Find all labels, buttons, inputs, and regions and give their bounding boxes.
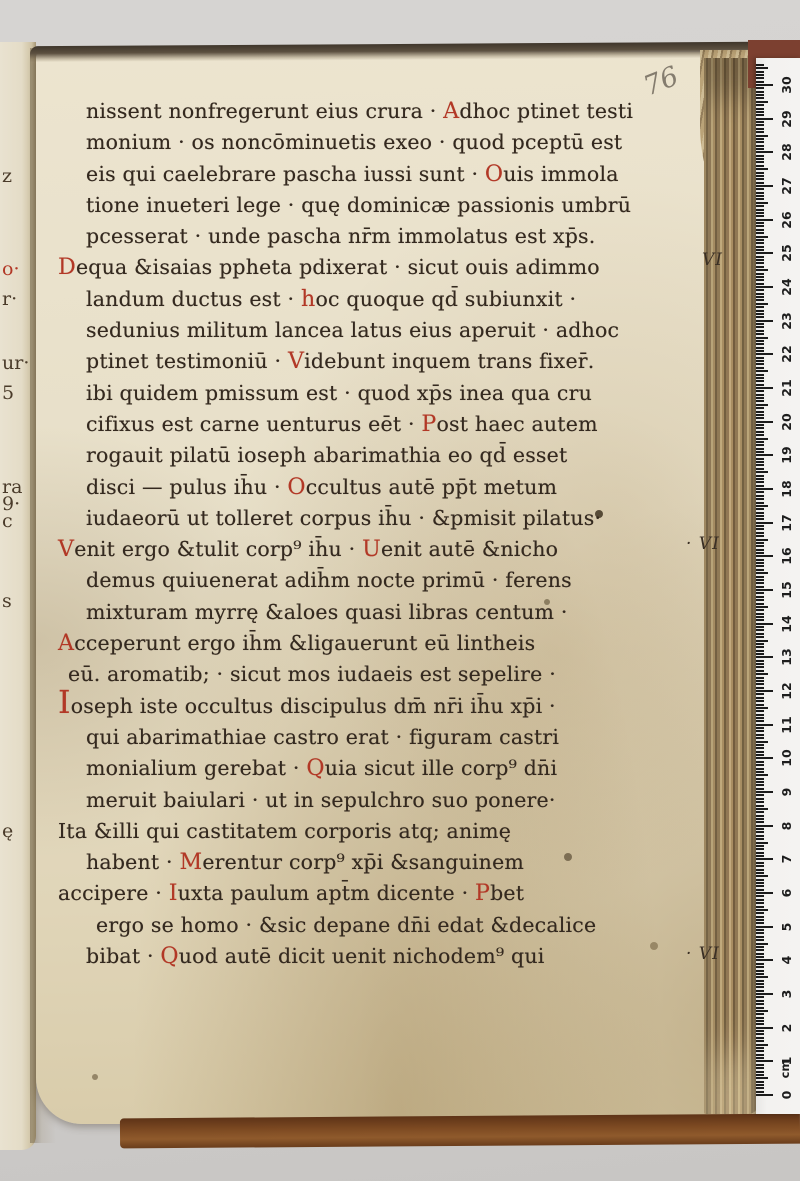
ruler-tick: [756, 508, 764, 510]
ruler-tick: [756, 427, 764, 429]
ruler-tick: [756, 188, 764, 190]
ruler-tick: [756, 724, 773, 726]
ruler-tick: [756, 929, 764, 931]
ruler-number: 2: [780, 1013, 794, 1043]
ruler-tick: [756, 1040, 764, 1042]
ruler-tick: [756, 831, 764, 833]
ruler-tick: [756, 141, 764, 143]
ruler-tick: [756, 784, 764, 786]
rubric-initial: Q: [160, 943, 178, 969]
text-segment: tione inueteri lege · quę dominicæ passi…: [86, 193, 631, 217]
text-segment: habent ·: [86, 850, 179, 874]
ruler-tick: [756, 185, 773, 187]
ruler-tick: [756, 195, 764, 197]
ruler-tick: [756, 646, 764, 648]
text-segment: idebunt inquem trans fixer̄.: [304, 349, 594, 373]
ruler-tick: [756, 690, 773, 692]
ruler-tick: [756, 855, 764, 857]
ruler-tick: [756, 616, 764, 618]
ruler-tick: [756, 273, 764, 275]
ruler-tick: [756, 94, 764, 96]
ruler-tick: [756, 262, 764, 264]
ruler-tick: [756, 283, 764, 285]
ruler-tick: [756, 586, 764, 588]
ruler-tick: [756, 293, 764, 295]
ruler-tick: [756, 798, 764, 800]
text-segment: meruit baiulari · ut in sepulchro suo po…: [86, 788, 556, 812]
text-segment: qui abarimathiae castro erat · figuram c…: [86, 725, 559, 749]
ruler-tick: [756, 801, 764, 803]
ruler-tick: [756, 121, 764, 123]
ruler-tick: [756, 909, 768, 911]
ruler-tick: [756, 693, 764, 695]
ruler-tick: [756, 397, 764, 399]
text-line: bibat · Quod autē dicit uenit nichodem⁹ …: [86, 941, 760, 972]
ruler-tick: [756, 104, 764, 106]
ruler-tick: [756, 1010, 768, 1012]
ruler-tick: [756, 808, 768, 810]
ruler-tick: [756, 707, 768, 709]
text-segment: eū. aromatib; · sicut mos iudaeis est se…: [68, 662, 556, 686]
margin-note: VI: [702, 250, 723, 270]
ruler-tick: [756, 677, 764, 679]
ruler-tick: [756, 357, 764, 359]
ruler-tick: [756, 320, 773, 322]
ruler-tick: [756, 118, 773, 120]
ruler-tick: [756, 131, 764, 133]
ruler-tick: [756, 481, 764, 483]
ruler-tick: [756, 562, 764, 564]
text-segment: rogauit pilatū ioseph abarimathia eo qd̄…: [86, 443, 567, 467]
ruler-tick: [756, 717, 764, 719]
ruler-tick: [756, 589, 773, 591]
text-segment: demus quiuenerat adih̄m nocte primū · fe…: [86, 568, 572, 592]
ruler-tick: [756, 269, 768, 271]
ruler-number: 6: [780, 878, 794, 908]
ruler-tick: [756, 161, 764, 163]
ruler-tick: [756, 471, 768, 473]
ruler-tick: [756, 414, 764, 416]
ruler-tick: [756, 599, 764, 601]
rubric-initial: M: [179, 849, 202, 875]
ruler-tick: [756, 353, 773, 355]
text-line: Venit ergo &tulit corp⁹ ih̄u · Uenit aut…: [58, 534, 760, 565]
rubric-initial: O: [287, 474, 305, 500]
ruler-number: 8: [780, 811, 794, 841]
ruler-tick: [756, 411, 764, 413]
ruler-tick: [756, 1081, 764, 1083]
ruler-tick: [756, 330, 764, 332]
ruler-tick: [756, 350, 764, 352]
ruler-tick: [756, 303, 768, 305]
ruler-tick: [756, 417, 764, 419]
edge-text-fragment: 5: [2, 382, 14, 404]
ruler-tick: [756, 704, 764, 706]
edge-text-fragment: s: [2, 590, 12, 612]
ruler-tick: [756, 1017, 764, 1019]
ruler-tick: [756, 256, 764, 258]
text-line: qui abarimathiae castro erat · figuram c…: [86, 722, 760, 753]
ruler-number: 4: [780, 945, 794, 975]
ruler-tick: [756, 276, 764, 278]
ruler-tick: [756, 1074, 764, 1076]
ruler-tick: [756, 976, 768, 978]
ruler-tick: [756, 232, 764, 234]
ruler-tick: [756, 650, 764, 652]
rubric-initial: V: [288, 348, 304, 374]
ruler-tick: [756, 205, 764, 207]
ruler-tick: [756, 340, 764, 342]
ruler-number: 23: [780, 306, 794, 336]
ruler-tick: [756, 175, 764, 177]
ruler-tick: [756, 212, 764, 214]
ruler-tick: [756, 626, 764, 628]
ruler-tick: [756, 1087, 764, 1089]
rubric-initial: P: [421, 411, 436, 437]
ruler-number: 21: [780, 373, 794, 403]
ruler-tick: [756, 579, 764, 581]
ruler-tick: [756, 1064, 764, 1066]
ruler-tick: [756, 939, 764, 941]
text-line: monium · os noncōminuetis exeo · quod pc…: [86, 127, 760, 158]
text-segment: ibi quidem pmissum est · quod xp̄s inea …: [86, 381, 592, 405]
ruler-tick: [756, 390, 764, 392]
ruler-tick: [756, 643, 764, 645]
ruler-tick: [756, 821, 764, 823]
text-line: Ioseph iste occultus discipulus dm̄ nr̄i…: [58, 691, 760, 722]
ruler-tick: [756, 239, 764, 241]
text-segment: accipere ·: [58, 881, 169, 905]
ruler-tick: [756, 394, 764, 396]
ruler-tick: [756, 946, 764, 948]
ruler-number: 9: [780, 777, 794, 807]
text-segment: ptinet testimoniū ·: [86, 349, 288, 373]
ruler-tick: [756, 549, 764, 551]
ruler-tick: [756, 219, 773, 221]
ruler-number: 10: [780, 743, 794, 773]
text-segment: oc quoque qd̄ subiunxit ·: [315, 287, 576, 311]
binding-leather-bottom: [120, 1114, 800, 1149]
ruler-tick: [756, 532, 764, 534]
ruler-tick: [756, 323, 764, 325]
ruler-tick: [756, 363, 764, 365]
ruler-tick: [756, 67, 768, 69]
ruler-tick: [756, 700, 764, 702]
rubric-initial: I: [169, 880, 178, 906]
ruler-tick: [756, 1007, 764, 1009]
ruler-tick: [756, 744, 764, 746]
ruler-tick: [756, 980, 764, 982]
ruler-tick: [756, 596, 764, 598]
ruler-tick: [756, 842, 768, 844]
ruler-tick: [756, 215, 764, 217]
ruler-tick: [756, 168, 768, 170]
ruler-tick: [756, 959, 773, 961]
ruler-tick: [756, 943, 768, 945]
text-line: rogauit pilatū ioseph abarimathia eo qd̄…: [86, 440, 760, 471]
text-segment: monialium gerebat ·: [86, 756, 306, 780]
ruler-tick: [756, 229, 764, 231]
ruler-tick: [756, 380, 764, 382]
margin-note: · VI: [686, 944, 720, 964]
ruler-tick: [756, 751, 764, 753]
ruler-tick: [756, 178, 764, 180]
text-segment: uxta paulum apt̄m dicente ·: [178, 881, 475, 905]
ruler-tick: [756, 926, 773, 928]
ruler-tick: [756, 565, 764, 567]
text-segment: mixturam myrrę &aloes quasi libras centu…: [86, 600, 568, 624]
ruler-number: 17: [780, 508, 794, 538]
ruler-tick: [756, 623, 773, 625]
ruler-tick: [756, 990, 764, 992]
ruler-tick: [756, 687, 764, 689]
ruler-tick: [756, 1027, 773, 1029]
ruler-tick: [756, 87, 764, 89]
text-line: cifixus est carne uenturus eēt · Post ha…: [86, 409, 760, 440]
ruler-tick: [756, 714, 764, 716]
ruler-tick: [756, 970, 764, 972]
ruler-tick: [756, 316, 764, 318]
ruler-tick: [756, 64, 764, 66]
ruler-tick: [756, 518, 764, 520]
ruler-tick: [756, 444, 764, 446]
ruler-tick: [756, 468, 764, 470]
ruler-number: 0: [780, 1080, 794, 1110]
ruler-tick: [756, 370, 768, 372]
ruler-tick: [756, 404, 768, 406]
ruler-tick: [756, 535, 764, 537]
ruler-tick: [756, 865, 764, 867]
ruler-tick: [756, 683, 764, 685]
text-segment: oseph iste occultus discipulus dm̄ nr̄i …: [71, 694, 556, 718]
ruler-tick: [756, 488, 773, 490]
ruler-tick: [756, 737, 764, 739]
text-line: mixturam myrrę &aloes quasi libras centu…: [86, 597, 760, 628]
ruler-tick: [756, 337, 768, 339]
ruler-tick: [756, 108, 764, 110]
ruler-tick: [756, 333, 764, 335]
text-segment: pcesserat · unde pascha nr̄m immolatus e…: [86, 224, 596, 248]
edge-text-fragment: c: [2, 510, 13, 532]
ruler-tick: [756, 71, 764, 73]
text-line: ibi quidem pmissum est · quod xp̄s inea …: [86, 378, 760, 409]
ruler-number: 28: [780, 137, 794, 167]
ruler-tick: [756, 279, 764, 281]
ruler-tick: [756, 259, 764, 261]
ruler-tick: [756, 495, 764, 497]
ruler-tick: [756, 932, 764, 934]
ruler-tick: [756, 899, 764, 901]
text-segment: iudaeorū ut tolleret corpus ih̄u · &pmis…: [86, 506, 601, 530]
ruler-tick: [756, 407, 764, 409]
ruler-tick: [756, 670, 764, 672]
ruler-tick: [756, 781, 764, 783]
ruler-tick: [756, 77, 764, 79]
ruler-tick: [756, 673, 768, 675]
ruler-tick: [756, 475, 764, 477]
text-line: sedunius militum lancea latus eius aperu…: [86, 315, 760, 346]
ruler-tick: [756, 555, 773, 557]
ruler-tick: [756, 656, 773, 658]
ruler-tick: [756, 424, 764, 426]
ruler-tick: [756, 966, 764, 968]
text-segment: erentur corp⁹ xp̄i &sanguinem: [202, 850, 524, 874]
ruler-tick: [756, 148, 764, 150]
ruler-tick: [756, 296, 764, 298]
ruler-tick: [756, 1071, 764, 1073]
ruler-tick: [756, 764, 764, 766]
ruler-tick: [756, 225, 764, 227]
ruler-tick: [756, 1057, 764, 1059]
ruler-number: 3: [780, 979, 794, 1009]
text-line: ptinet testimoniū · Videbunt inquem tran…: [86, 346, 760, 377]
ruler-tick: [756, 633, 764, 635]
ruler-number: 30: [780, 70, 794, 100]
ruler-tick: [756, 963, 764, 965]
ruler-tick: [756, 347, 764, 349]
ruler-tick: [756, 491, 764, 493]
ruler-tick: [756, 697, 764, 699]
ruler-tick: [756, 660, 764, 662]
ruler-tick: [756, 91, 764, 93]
ruler-tick: [756, 458, 764, 460]
ruler-tick: [756, 542, 764, 544]
text-segment: ost haec autem: [437, 412, 598, 436]
ruler-tick: [756, 1033, 764, 1035]
ruler-tick: [756, 936, 764, 938]
ruler-tick: [756, 1077, 768, 1079]
rubric-initial: D: [58, 254, 76, 280]
ruler-tick: [756, 747, 764, 749]
ruler-tick: [756, 1020, 764, 1022]
ruler-tick: [756, 421, 773, 423]
text-segment: disci — pulus ih̄u ·: [86, 475, 287, 499]
ruler-tick: [756, 266, 764, 268]
text-segment: nissent nonfregerunt eius crura ·: [86, 99, 443, 123]
ruler-tick: [756, 464, 764, 466]
ruler-tick: [756, 552, 764, 554]
ruler-tick: [756, 1050, 764, 1052]
ruler-tick: [756, 242, 764, 244]
ruler-tick: [756, 794, 764, 796]
ruler-tick: [756, 791, 773, 793]
ruler-tick: [756, 592, 764, 594]
manuscript-photo: 76 nissent nonfregerunt eius crura · Adh…: [0, 0, 800, 1181]
rubric-initial: A: [58, 630, 74, 656]
ruler-tick: [756, 993, 773, 995]
ruler-tick: [756, 374, 764, 376]
ruler-tick: [756, 400, 764, 402]
measuring-ruler: 3029282726252423222120191817161514131211…: [756, 58, 800, 1114]
ruler-tick: [756, 222, 764, 224]
ruler-tick: [756, 761, 764, 763]
ruler-tick: [756, 478, 764, 480]
ruler-tick: [756, 306, 764, 308]
ruler-tick: [756, 1060, 773, 1062]
ruler-tick: [756, 505, 768, 507]
text-segment: sedunius militum lancea latus eius aperu…: [86, 318, 619, 342]
ruler-tick: [756, 845, 764, 847]
ruler-tick: [756, 606, 768, 608]
ruler-tick: [756, 1023, 764, 1025]
ruler-tick: [756, 680, 764, 682]
ruler-tick: [756, 953, 764, 955]
text-line: pcesserat · unde pascha nr̄m immolatus e…: [86, 221, 760, 252]
ruler-tick: [756, 1030, 764, 1032]
ruler-number: 14: [780, 609, 794, 639]
ruler-tick: [756, 515, 764, 517]
ruler-tick: [756, 895, 764, 897]
ruler-tick: [756, 155, 764, 157]
ruler-tick: [756, 236, 768, 238]
ruler-tick: [756, 1094, 773, 1096]
ruler-number: 13: [780, 642, 794, 672]
ruler-tick: [756, 825, 773, 827]
text-segment: equa &isaias ppheta pdixerat · sicut oui…: [76, 255, 600, 279]
ruler-number: 26: [780, 205, 794, 235]
text-line: landum ductus est · hoc quoque qd̄ subiu…: [86, 284, 760, 315]
text-segment: uod autē dicit uenit nichodem⁹ qui: [179, 944, 545, 968]
ruler-tick: [756, 619, 764, 621]
rubric-initial: P: [475, 880, 490, 906]
ruler-tick: [756, 1084, 764, 1086]
ruler-tick: [756, 522, 773, 524]
ruler-tick: [756, 209, 764, 211]
ruler-tick: [756, 512, 764, 514]
text-line: accipere · Iuxta paulum apt̄m dicente · …: [58, 878, 760, 909]
ruler-tick: [756, 1067, 764, 1069]
ruler-tick: [756, 461, 764, 463]
ruler-tick: [756, 1054, 764, 1056]
ruler-tick: [756, 629, 764, 631]
rubric-initial: U: [362, 536, 381, 562]
ruler-tick: [756, 788, 764, 790]
ruler-tick: [756, 879, 764, 881]
ruler-number: 5: [780, 912, 794, 942]
ruler-tick: [756, 892, 773, 894]
ruler-tick: [756, 485, 764, 487]
ruler-tick: [756, 805, 764, 807]
ruler-tick: [756, 828, 764, 830]
ruler-tick: [756, 441, 764, 443]
ruler-number: 18: [780, 474, 794, 504]
text-line: demus quiuenerat adih̄m nocte primū · fe…: [86, 565, 760, 596]
ruler-number: 20: [780, 407, 794, 437]
ruler-unit-label: cm: [778, 1054, 792, 1084]
ruler-tick: [756, 192, 764, 194]
ruler-tick: [756, 710, 764, 712]
text-segment: landum ductus est ·: [86, 287, 301, 311]
ruler-tick: [756, 1091, 764, 1093]
text-segment: ccultus autē pp̄t metum: [306, 475, 557, 499]
ruler-tick: [756, 172, 764, 174]
ruler-tick: [756, 1003, 764, 1005]
ruler-tick: [756, 996, 764, 998]
rubric-initial: V: [58, 536, 74, 562]
ruler-tick: [756, 182, 764, 184]
ruler-tick: [756, 653, 764, 655]
text-line: habent · Merentur corp⁹ xp̄i &sanguinem: [86, 847, 760, 878]
ruler-tick: [756, 838, 764, 840]
text-segment: cceperunt ergo ih̄m &ligauerunt eū linth…: [74, 631, 535, 655]
rubric-initial: h: [301, 286, 315, 312]
edge-text-fragment: o·: [2, 258, 19, 280]
ruler-tick: [756, 138, 764, 140]
ruler-number: 16: [780, 541, 794, 571]
ruler-tick: [756, 572, 768, 574]
ruler-tick: [756, 438, 768, 440]
ruler-tick: [756, 559, 764, 561]
